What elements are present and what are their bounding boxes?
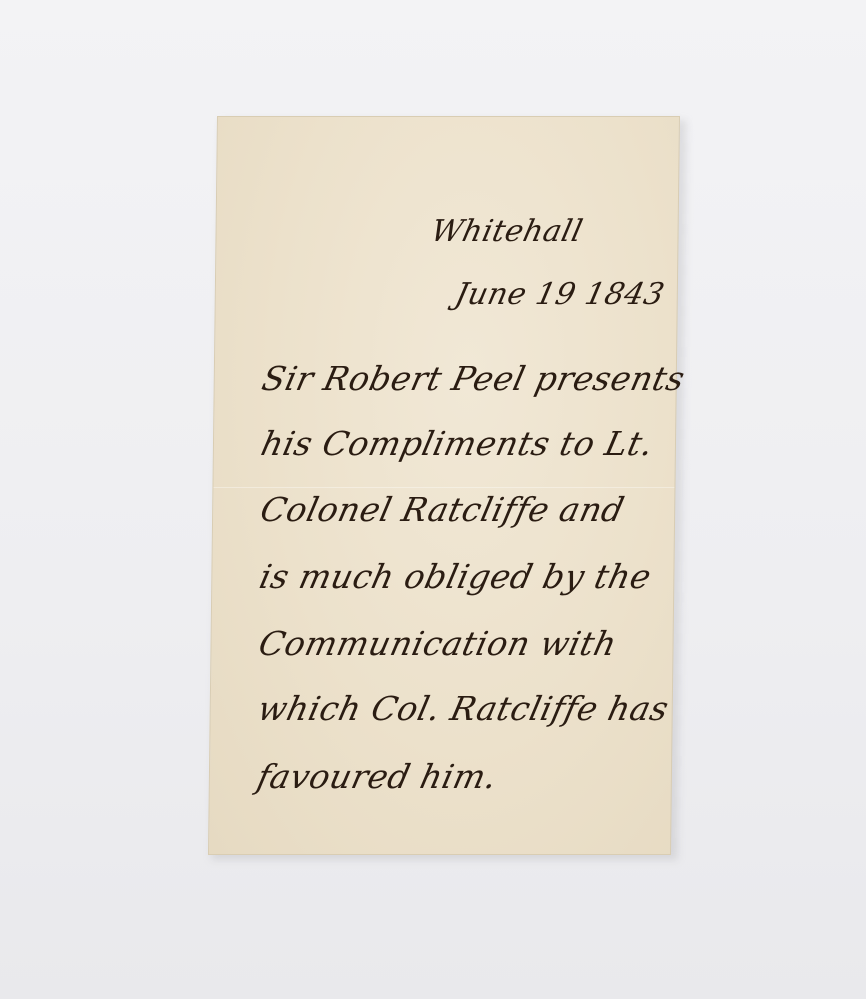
letter-line: Sir Robert Peel presents xyxy=(258,359,688,398)
letter-line: Colonel Ratcliffe and xyxy=(257,490,628,529)
letter-sheet: Whitehall June 19 1843 Sir Robert Peel p… xyxy=(208,116,680,855)
fold-line xyxy=(213,487,674,488)
letter-line: is much obliged by the xyxy=(256,557,655,596)
letter-line: his Compliments to Lt. xyxy=(258,424,658,463)
letter-line: which Col. Ratcliffe has xyxy=(254,689,672,728)
letter-line: favoured him. xyxy=(254,757,501,796)
letter-date: June 19 1843 xyxy=(452,277,668,312)
letter-place: Whitehall xyxy=(428,214,586,249)
letter-line: Communication with xyxy=(255,624,620,663)
